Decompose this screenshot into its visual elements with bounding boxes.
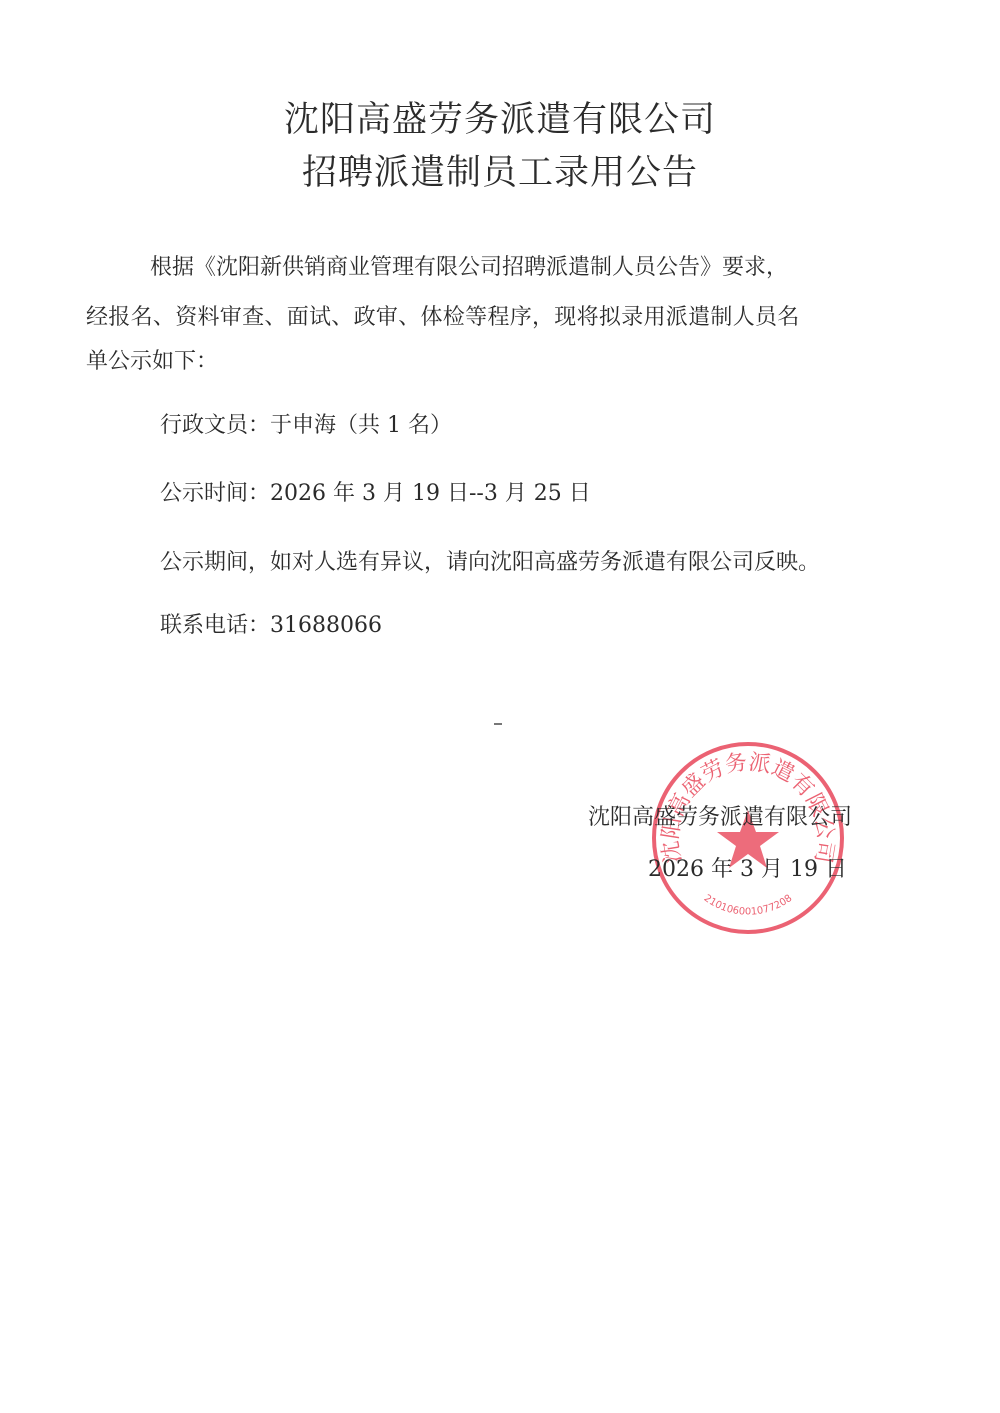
hired-position: 行政文员：于申海（共 1 名） <box>160 408 452 439</box>
body-line-3: 单公示如下： <box>86 344 218 375</box>
body-line-1: 根据《沈阳新供销商业管理有限公司招聘派遣制人员公告》要求， <box>150 250 788 281</box>
seal-icon: 沈阳高盛劳务派遣有限公司 2101060010772​08 <box>648 738 848 938</box>
signature-company: 沈阳高盛劳务派遣有限公司 <box>588 800 852 831</box>
scan-mark <box>494 723 502 725</box>
body-line-2: 经报名、资料审查、面试、政审、体检等程序，现将拟录用派遣制人员名 <box>86 300 800 331</box>
objection-notice: 公示期间，如对人选有异议，请向沈阳高盛劳务派遣有限公司反映。 <box>160 545 820 576</box>
document-title-notice: 招聘派遣制员工录用公告 <box>0 145 1000 195</box>
company-seal: 沈阳高盛劳务派遣有限公司 2101060010772​08 <box>648 738 848 938</box>
svg-text:2101060010772​08: 2101060010772​08 <box>702 893 795 918</box>
publicity-period: 公示时间：2026 年 3 月 19 日--3 月 25 日 <box>160 476 591 507</box>
contact-phone: 联系电话：31688066 <box>160 608 382 639</box>
document-title-company: 沈阳高盛劳务派遣有限公司 <box>0 92 1000 142</box>
signature-date: 2026 年 3 月 19 日 <box>648 852 847 883</box>
